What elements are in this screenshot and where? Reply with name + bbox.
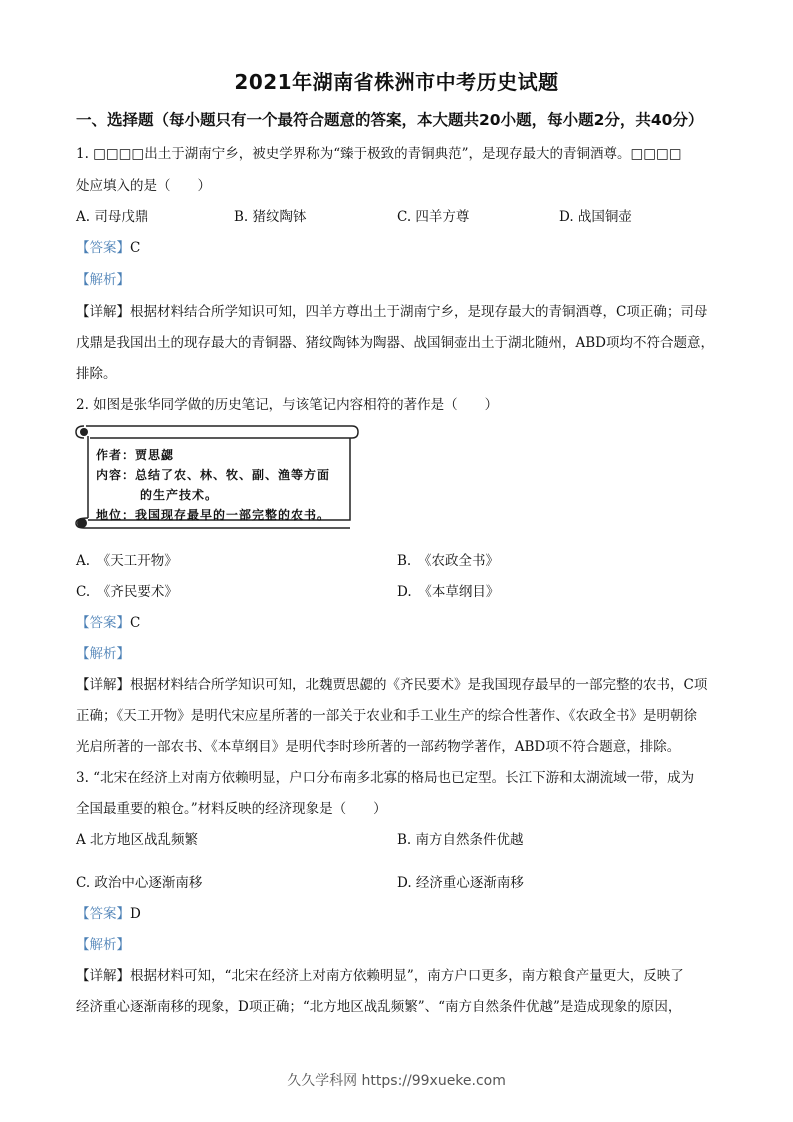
q1-answer: 【答案】C bbox=[76, 236, 140, 256]
q2-answer: 【答案】C bbox=[76, 611, 140, 631]
answer-label: 【答案】 bbox=[76, 240, 130, 256]
q3-option-c: C. 政治中心逐渐南移 bbox=[76, 871, 202, 891]
note-author: 作者：贾思勰 bbox=[96, 446, 174, 463]
q2-analysis-label: 【解析】 bbox=[76, 642, 130, 662]
q3-option-a: A 北方地区战乱频繁 bbox=[76, 828, 198, 848]
q1-stem-line-2: 处应填入的是（ ） bbox=[76, 174, 211, 194]
q1-detail-line-1: 【详解】根据材料结合所学知识可知，四羊方尊出土于湖南宁乡，是现存最大的青铜酒尊，… bbox=[76, 300, 707, 320]
q3-answer: 【答案】D bbox=[76, 902, 141, 922]
answer-value: D bbox=[130, 906, 141, 922]
q1-detail-line-2: 戊鼎是我国出土的现存最大的青铜器、猪纹陶钵为陶器、战国铜壶出土于湖北随州，ABD… bbox=[76, 331, 714, 351]
detail-label: 【详解】 bbox=[76, 968, 130, 984]
q1-option-d: D. 战国铜壶 bbox=[559, 205, 632, 225]
q3-option-d: D. 经济重心逐渐南移 bbox=[397, 871, 524, 891]
q3-detail-line-2: 经济重心逐渐南移的现象，D项正确；“北方地区战乱频繁”、“南方自然条件优越”是造… bbox=[76, 995, 681, 1015]
note-content-2: 的生产技术。 bbox=[140, 486, 218, 503]
q2-detail-line-1: 【详解】根据材料结合所学知识可知，北魏贾思勰的《齐民要术》是我国现存最早的一部完… bbox=[76, 673, 707, 693]
q1-stem-line-1: 1. □□□□出土于湖南宁乡，被史学界称为“臻于极致的青铜典范”，是现存最大的青… bbox=[76, 142, 682, 162]
q1-option-c: C. 四羊方尊 bbox=[397, 205, 469, 225]
q2-option-b: B. 《农政全书》 bbox=[397, 549, 499, 569]
q3-detail-line-1: 【详解】根据材料可知，“北宋在经济上对南方依赖明显”，南方户口更多，南方粮食产量… bbox=[76, 964, 684, 984]
q2-option-a: A. 《天工开物》 bbox=[76, 549, 178, 569]
answer-label: 【答案】 bbox=[76, 615, 130, 631]
q1-detail-line-3: 排除。 bbox=[76, 362, 117, 382]
note-status: 地位：我国现存最早的一部完整的农书。 bbox=[96, 506, 330, 523]
q1-option-b: B. 猪纹陶钵 bbox=[234, 205, 307, 225]
history-note-scroll-image: 作者：贾思勰 内容：总结了农、林、牧、副、渔等方面 的生产技术。 地位：我国现存… bbox=[74, 420, 360, 530]
footer-watermark: 久久学科网 https://99xueke.com bbox=[0, 1070, 793, 1090]
detail-label: 【详解】 bbox=[76, 677, 130, 693]
q3-stem-line-2: 全国最重要的粮仓。”材料反映的经济现象是（ ） bbox=[76, 797, 387, 817]
detail-label: 【详解】 bbox=[76, 304, 130, 320]
q2-detail-line-2: 正确；《天工开物》是明代宋应星所著的一部关于农业和手工业生产的综合性著作、《农政… bbox=[76, 704, 697, 724]
answer-value: C bbox=[130, 615, 140, 631]
note-content-1: 内容：总结了农、林、牧、副、渔等方面 bbox=[96, 466, 330, 483]
q2-option-c: C. 《齐民要术》 bbox=[76, 580, 178, 600]
q2-detail-line-3: 光启所著的一部农书、《本草纲目》是明代李时珍所著的一部药物学著作，ABD项不符合… bbox=[76, 735, 680, 755]
page-title: 2021年湖南省株洲市中考历史试题 bbox=[0, 66, 793, 95]
q1-analysis-label: 【解析】 bbox=[76, 268, 130, 288]
answer-value: C bbox=[130, 240, 140, 256]
section-heading: 一、选择题（每小题只有一个最符合题意的答案，本大题共20小题，每小题2分，共40… bbox=[76, 108, 703, 130]
document-page: 2021年湖南省株洲市中考历史试题 一、选择题（每小题只有一个最符合题意的答案，… bbox=[0, 0, 793, 1122]
q3-analysis-label: 【解析】 bbox=[76, 933, 130, 953]
q1-option-a: A. 司母戊鼎 bbox=[76, 205, 148, 225]
q2-option-d: D. 《本草纲目》 bbox=[397, 580, 499, 600]
q3-stem-line-1: 3. “北宋在经济上对南方依赖明显，户口分布南多北寡的格局也已定型。长江下游和太… bbox=[76, 766, 694, 786]
q2-stem-line-1: 2. 如图是张华同学做的历史笔记，与该笔记内容相符的著作是（ ） bbox=[76, 393, 498, 413]
answer-label: 【答案】 bbox=[76, 906, 130, 922]
q3-option-b: B. 南方自然条件优越 bbox=[397, 828, 524, 848]
